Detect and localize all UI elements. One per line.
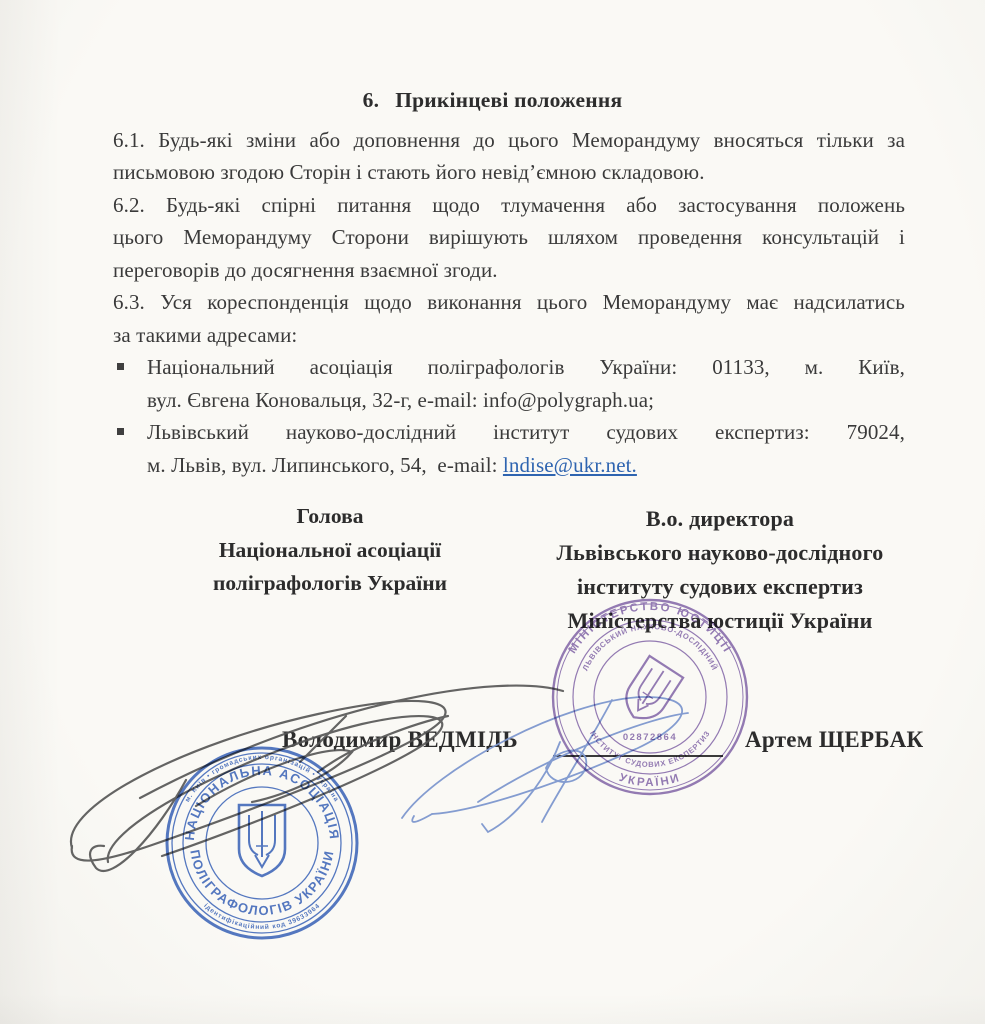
bullet-square-icon [117,363,124,370]
signatory-right-title-line-4: Міністерства юстиції України [518,604,922,638]
signatory-right-title-line-2: Львівського науково-дослідного [518,536,922,570]
tryzub-shield-icon [239,805,285,876]
signatory-right-title: В.о. директора Львівського науково-дослі… [518,502,922,638]
signature-right-ink [402,697,688,832]
paragraph-6-3-line-1: 6.3. Уся кореспонденція щодо виконання ц… [113,286,905,319]
svg-text:НАЦІОНАЛЬНА АСОЦІАЦІЯ: НАЦІОНАЛЬНА АСОЦІАЦІЯ [182,763,342,841]
svg-text:ПОЛІГРАФОЛОГІВ УКРАЇНИ: ПОЛІГРАФОЛОГІВ УКРАЇНИ [187,848,337,918]
email-link[interactable]: lndise@ukr.net. [503,453,637,477]
scanned-memorandum-page: 6.Прикінцеві положення 6.1. Будь-які змі… [0,0,985,1024]
address-lndise-line-1: Львівський науково-дослідний інститут су… [147,416,905,449]
paragraph-6-1-line-2: письмовою згодою Сторін і стають його не… [113,156,905,189]
signatory-right-name: Артем ЩЕРБАК [745,727,923,753]
signatory-left-title-line-1: Голова [140,500,520,534]
address-lndise-text: м. Львів, вул. Липинського, 54, e-mail: [147,453,503,477]
section-heading: 6.Прикінцеві положення [0,88,985,113]
signatory-left-title-line-3: поліграфологів України [140,567,520,601]
signatory-left-title: Голова Національної асоціації поліграфол… [140,500,520,601]
section-number: 6. [363,88,380,112]
svg-text:ідентифікаційний код 39633964: ідентифікаційний код 39633964 [202,902,321,931]
stamp-arc-text: м. Київ • громадських організацій • Укра… [184,754,340,803]
tryzub-shield-icon [617,656,683,728]
stamp-arc-text: ПОЛІГРАФОЛОГІВ УКРАЇНИ [187,848,337,918]
paragraph-6-2-line-2: цього Меморандуму Сторони вирішують шлях… [113,221,905,254]
paragraph-6-1-line-1: 6.1. Будь-які зміни або доповнення до ць… [113,124,905,157]
signatory-right-title-line-1: В.о. директора [518,502,922,536]
signatory-left-name: Володимир ВЕДМІДЬ [282,727,518,753]
address-lndise-line-2: м. Львів, вул. Липинського, 54, e-mail: … [147,449,905,482]
stamp-arc-text: НАЦІОНАЛЬНА АСОЦІАЦІЯ [182,763,342,841]
signatory-right-title-line-3: інституту судових експертиз [518,570,922,604]
blue-round-stamp: НАЦІОНАЛЬНА АСОЦІАЦІЯ ПОЛІГРАФОЛОГІВ УКР… [162,743,362,943]
paragraph-6-2-line-1: 6.2. Будь-які спірні питання щодо тлумач… [113,189,905,222]
stamp-arc-text: УКРАЇНИ [618,772,683,789]
paragraph-6-3-line-2: за такими адресами: [113,319,905,352]
svg-text:м. Київ • громадських організа: м. Київ • громадських організацій • Укра… [184,754,340,803]
address-napu-line-2: вул. Євгена Коновальця, 32-г, e-mail: in… [147,384,905,417]
bullet-square-icon [117,428,124,435]
svg-text:УКРАЇНИ: УКРАЇНИ [618,772,683,789]
paragraph-6-2-line-3: переговорів до досягнення взаємної згоди… [113,254,905,287]
signatory-left-title-line-2: Національної асоціації [140,534,520,568]
stamp-arc-text: ідентифікаційний код 39633964 [202,902,321,931]
signature-left-ink [71,686,563,871]
address-napu-line-1: Національний асоціація поліграфологів Ук… [147,351,905,384]
section-title: Прикінцеві положення [395,88,622,112]
signature-line [553,737,723,757]
